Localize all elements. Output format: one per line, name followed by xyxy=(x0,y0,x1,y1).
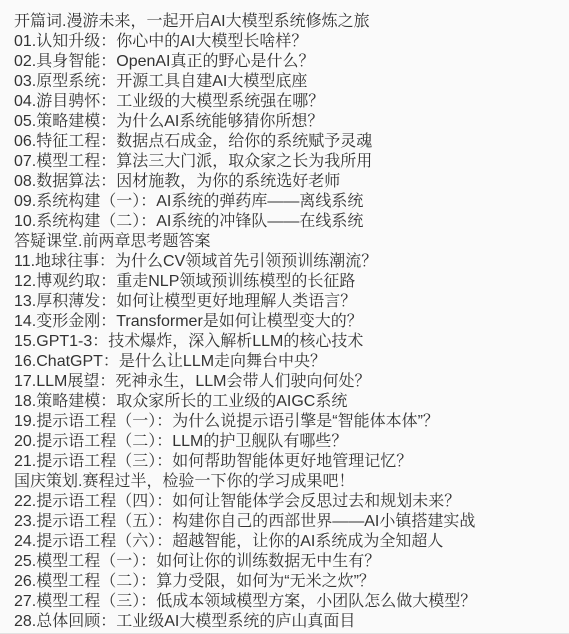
outline-line: 18.策略建模：取众家所长的工业级的AIGC系统 xyxy=(14,392,559,412)
outline-line: 国庆策划.赛程过半，检验一下你的学习成果吧！ xyxy=(14,472,559,492)
outline-line: 17.LLM展望：死神永生，LLM会带人们驶向何处？ xyxy=(14,372,559,392)
outline-line: 答疑课堂.前两章思考题答案 xyxy=(14,232,559,252)
outline-line: 02.具身智能：OpenAI真正的野心是什么？ xyxy=(14,52,559,72)
outline-line: 27.模型工程（三）：低成本领域模型方案，小团队怎么做大模型？ xyxy=(14,592,559,612)
outline-line: 13.厚积薄发：如何让模型更好地理解人类语言？ xyxy=(14,292,559,312)
outline-line: 14.变形金刚：Transformer是如何让模型变大的？ xyxy=(14,312,559,332)
outline-line: 03.原型系统：开源工具自建AI大模型底座 xyxy=(14,72,559,92)
outline-line: 06.特征工程：数据点石成金，给你的系统赋予灵魂 xyxy=(14,132,559,152)
outline-line: 04.游目骋怀：工业级的大模型系统强在哪？ xyxy=(14,92,559,112)
outline-line: 12.博观约取：重走NLP领域预训练模型的长征路 xyxy=(14,272,559,292)
outline-line: 25.模型工程（一）：如何让你的训练数据无中生有？ xyxy=(14,552,559,572)
course-outline-list: 开篇词.漫游未来，一起开启AI大模型系统修炼之旅01.认知升级：你心中的AI大模… xyxy=(14,12,559,632)
outline-line: 11.地球往事：为什么CV领域首先引领预训练潮流？ xyxy=(14,252,559,272)
outline-line: 21.提示语工程（三）：如何帮助智能体更好地管理记忆？ xyxy=(14,452,559,472)
outline-line: 24.提示语工程（六）：超越智能，让你的AI系统成为全知超人 xyxy=(14,532,559,552)
outline-line: 19.提示语工程（一）：为什么说提示语引擎是“智能体本体”？ xyxy=(14,412,559,432)
outline-line: 15.GPT1-3：技术爆炸，深入解析LLM的核心技术 xyxy=(14,332,559,352)
outline-line: 26.模型工程（二）：算力受限，如何为“无米之炊”？ xyxy=(14,572,559,592)
outline-line: 20.提示语工程（二）：LLM的护卫舰队有哪些？ xyxy=(14,432,559,452)
outline-line: 10.系统构建（二）：AI系统的冲锋队——在线系统 xyxy=(14,212,559,232)
outline-line: 09.系统构建（一）：AI系统的弹药库——离线系统 xyxy=(14,192,559,212)
outline-line: 05.策略建模：为什么AI系统能够猜你所想？ xyxy=(14,112,559,132)
outline-line: 08.数据算法：因材施教，为你的系统选好老师 xyxy=(14,172,559,192)
outline-line: 01.认知升级：你心中的AI大模型长啥样？ xyxy=(14,32,559,52)
outline-line: 23.提示语工程（五）：构建你自己的西部世界——AI小镇搭建实战 xyxy=(14,512,559,532)
outline-line: 28.总体回顾：工业级AI大模型系统的庐山真面目 xyxy=(14,612,559,632)
outline-line: 22.提示语工程（四）：如何让智能体学会反思过去和规划未来？ xyxy=(14,492,559,512)
outline-line: 07.模型工程：算法三大门派，取众家之长为我所用 xyxy=(14,152,559,172)
outline-line: 开篇词.漫游未来，一起开启AI大模型系统修炼之旅 xyxy=(14,12,559,32)
outline-line: 16.ChatGPT：是什么让LLM走向舞台中央？ xyxy=(14,352,559,372)
course-outline-page: 开篇词.漫游未来，一起开启AI大模型系统修炼之旅01.认知升级：你心中的AI大模… xyxy=(0,0,569,634)
